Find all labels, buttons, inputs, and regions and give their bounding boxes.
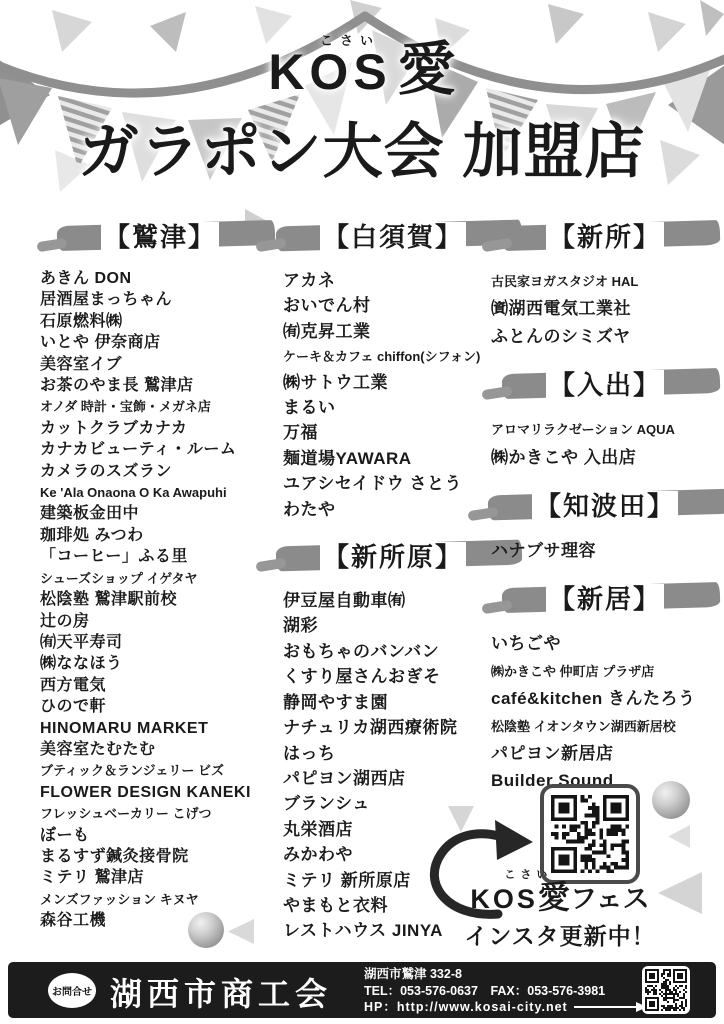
store-item: ナチュリカ湖西療術院 — [283, 715, 503, 740]
store-section: 【入出】 アロマリラクゼーション AQUA㈱かきこや 入出店 — [491, 364, 719, 471]
qr-code-icon — [645, 969, 687, 1011]
store-item: いちごや — [491, 630, 719, 657]
store-item: シューズショップ イゲタヤ — [40, 568, 280, 589]
store-item: パピヨン湖西店 — [283, 766, 503, 791]
store-item: ㈲天平寿司 — [40, 632, 280, 653]
logo-kos-text: KOS — [268, 47, 391, 97]
store-item: 古民家ヨガスタジオ HAL — [491, 268, 719, 295]
store-item: ユアシセイドウ さとう — [283, 471, 503, 496]
section-header: 【新居】 — [491, 578, 719, 617]
store-item: まるすず鍼灸接骨院 — [40, 846, 280, 867]
store-item: お茶のやま長 鷲津店 — [40, 375, 280, 396]
section-title: 【新所原】 — [320, 542, 466, 572]
page-title: ガラポン大会 加盟店 — [0, 104, 724, 190]
store-item: カットクラブカナカ — [40, 418, 280, 439]
store-item: 万福 — [283, 420, 503, 445]
store-item: ハナブサ理容 — [491, 537, 719, 564]
section-title: 【鷲津】 — [101, 222, 219, 252]
store-list: アカネおいでん村㈲克昇工業ケーキ＆カフェ chiffon(シフォン)㈱サトウ工業… — [283, 268, 503, 522]
organization-name: 湖西市商工会 — [110, 969, 332, 1015]
store-item: 伊豆屋自動車㈲ — [283, 588, 503, 613]
arrow-right-icon — [574, 1001, 648, 1013]
store-item: ㈲克昇工業 — [283, 319, 503, 344]
store-list: あきん DON居酒屋まっちゃん石原燃料㈱いとや 伊奈商店美容室イブお茶のやま長 … — [40, 268, 280, 932]
store-item: カナカビューティ・ルーム — [40, 439, 280, 460]
store-item: 辻の房 — [40, 611, 280, 632]
section-header: 【鷲津】 — [40, 216, 280, 255]
event-logo: こさい KOS 愛 — [0, 42, 724, 97]
triangle-decoration — [668, 825, 690, 848]
store-column-washizu: 【鷲津】 あきん DON居酒屋まっちゃん石原燃料㈱いとや 伊奈商店美容室イブお茶… — [40, 212, 280, 932]
promo-line2: インスタ更新中！ — [446, 918, 674, 951]
section-header: 【新所】 — [491, 216, 719, 255]
flyer-page: こさい KOS 愛 ガラポン大会 加盟店 【鷲津】 あきん DON居酒屋まっちゃ… — [0, 0, 724, 1024]
section-header: 【入出】 — [491, 364, 719, 403]
section-title: 【新所】 — [546, 222, 664, 252]
store-list: アロマリラクゼーション AQUA㈱かきこや 入出店 — [491, 416, 719, 471]
section-header: 【白須賀】 — [283, 216, 503, 255]
footer-contact-bar: お問合せ 湖西市商工会 湖西市鷲津 332-8 TEL：053-576-0637… — [8, 962, 716, 1018]
store-section: 【鷲津】 あきん DON居酒屋まっちゃん石原燃料㈱いとや 伊奈商店美容室イブお茶… — [40, 216, 280, 932]
store-item: 珈琲処 みつわ — [40, 525, 280, 546]
contact-details: 湖西市鷲津 332-8 TEL：053-576-0637 FAX：053-576… — [364, 966, 648, 1016]
homepage-line[interactable]: HP：http://www.kosai-city.net — [364, 999, 568, 1016]
store-item: Ke 'Ala Onaona O Ka Awapuhi — [40, 482, 280, 503]
section-title: 【新居】 — [546, 584, 664, 614]
store-item: HINOMARU MARKET — [40, 718, 280, 739]
store-item: 「コーヒー」ふる里 — [40, 546, 280, 567]
promo-furigana: こさい — [504, 869, 552, 881]
footer-qr-code — [642, 966, 690, 1014]
address-line: 湖西市鷲津 332-8 — [364, 966, 648, 983]
promo-text-block: こさい KOS愛フェス インスタ更新中！ — [446, 880, 674, 951]
store-item: アカネ — [283, 268, 503, 293]
store-item: アロマリラクゼーション AQUA — [491, 416, 719, 443]
store-item: 麺道場YAWARA — [283, 446, 503, 471]
store-item: café&kitchen きんたろう — [491, 685, 719, 712]
store-item: ひので軒 — [40, 696, 280, 717]
store-section: 【知波田】 ハナブサ理容 — [491, 485, 719, 564]
store-item: 湖彩 — [283, 613, 503, 638]
store-item: いとや 伊奈商店 — [40, 332, 280, 353]
store-item: ぼーも — [40, 825, 280, 846]
logo-ai-kanji: 愛 — [398, 42, 456, 97]
store-item: ブティック＆ランジェリー ビズ — [40, 760, 280, 781]
store-item: くすり屋さんおぎそ — [283, 664, 503, 689]
store-item: まるい — [283, 395, 503, 420]
promo-kos-text: KOS — [470, 884, 538, 914]
promo-fes-text: フェス — [570, 884, 650, 914]
store-item: 建築板金田中 — [40, 503, 280, 524]
logo-furigana: こさい — [320, 30, 380, 49]
section-title: 【知波田】 — [532, 491, 678, 521]
store-item: カメラのスズラン — [40, 461, 280, 482]
store-item: 石原燃料㈱ — [40, 311, 280, 332]
contact-badge: お問合せ — [48, 973, 96, 1008]
store-item: ㈱サトウ工業 — [283, 370, 503, 395]
store-section: 【白須賀】 アカネおいでん村㈲克昇工業ケーキ＆カフェ chiffon(シフォン)… — [283, 216, 503, 522]
store-item: ケーキ＆カフェ chiffon(シフォン) — [283, 344, 503, 369]
store-item: おもちゃのバンバン — [283, 639, 503, 664]
store-item: 美容室イブ — [40, 354, 280, 375]
store-item: 森谷工機 — [40, 910, 280, 931]
store-item: メンズファッション キヌヤ — [40, 889, 280, 910]
store-item: ふとんのシミズヤ — [491, 323, 719, 350]
store-item: おいでん村 — [283, 293, 503, 318]
store-list: 古民家ヨガスタジオ HAL㈾湖西電気工業社ふとんのシミズヤ — [491, 268, 719, 350]
store-item: 松陰塾 鷲津駅前校 — [40, 589, 280, 610]
store-item: ㈱ななほう — [40, 653, 280, 674]
store-item: パピヨン新居店 — [491, 740, 719, 767]
store-item: オノダ 時計・宝飾・メガネ店 — [40, 396, 280, 417]
store-item: あきん DON — [40, 268, 280, 289]
store-item: ミテリ 鷲津店 — [40, 867, 280, 888]
store-item: 松陰塾 イオンタウン湖西新居校 — [491, 713, 719, 740]
store-item: 静岡やすま園 — [283, 690, 503, 715]
store-item: はっち — [283, 741, 503, 766]
store-item: ㈱かきこや 仲町店 プラザ店 — [491, 658, 719, 685]
store-section: 【新所】 古民家ヨガスタジオ HAL㈾湖西電気工業社ふとんのシミズヤ — [491, 216, 719, 350]
tel-fax-line: TEL：053-576-0637 FAX：053-576-3981 — [364, 983, 648, 1000]
store-column-shinjo-irido-chibata-arai: 【新所】 古民家ヨガスタジオ HAL㈾湖西電気工業社ふとんのシミズヤ 【入出】 … — [491, 212, 719, 795]
store-item: FLOWER DESIGN KANEKI — [40, 782, 280, 803]
store-item: 居酒屋まっちゃん — [40, 289, 280, 310]
store-item: ㈱かきこや 入出店 — [491, 444, 719, 471]
section-header: 【新所原】 — [283, 536, 503, 575]
promo-ai-kanji: 愛 — [538, 879, 570, 915]
store-item: 西方電気 — [40, 675, 280, 696]
section-header: 【知波田】 — [491, 485, 719, 524]
store-item: ㈾湖西電気工業社 — [491, 295, 719, 322]
store-item: フレッシュベーカリー こげつ — [40, 803, 280, 824]
section-title: 【入出】 — [546, 370, 664, 400]
store-list: いちごや㈱かきこや 仲町店 プラザ店café&kitchen きんたろう松陰塾 … — [491, 630, 719, 794]
instagram-qr-code — [540, 784, 640, 884]
store-section: 【新居】 いちごや㈱かきこや 仲町店 プラザ店café&kitchen きんたろ… — [491, 578, 719, 794]
qr-code-icon — [551, 795, 629, 873]
store-list: ハナブサ理容 — [491, 537, 719, 564]
section-title: 【白須賀】 — [320, 222, 466, 252]
store-item: 美容室たむたむ — [40, 739, 280, 760]
